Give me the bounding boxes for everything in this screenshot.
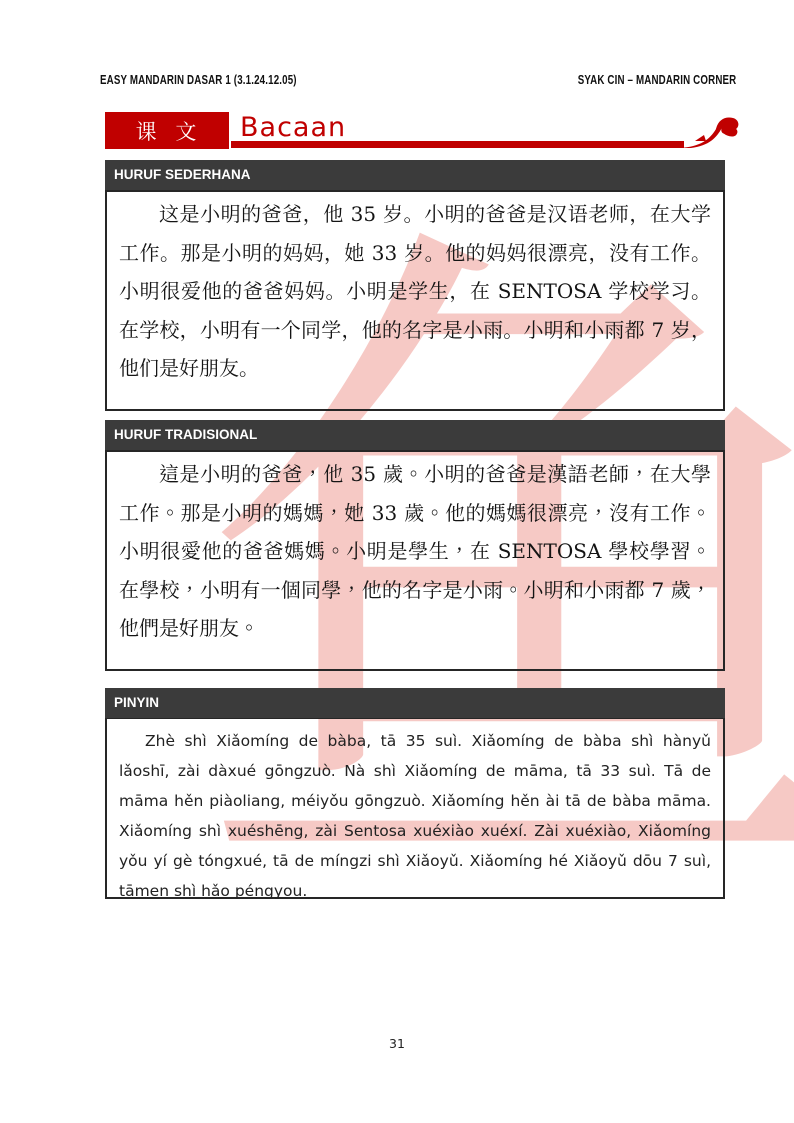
section-box-pinyin: Zhè shì Xiǎomíng de bàba, tā 35 suì. Xiǎ… [105,717,725,899]
section-box-huruf-sederhana: 这是小明的爸爸，他 35 岁。小明的爸爸是汉语老师，在大学工作。那是小明的妈妈，… [105,190,725,411]
simplified-text: 这是小明的爸爸，他 35 岁。小明的爸爸是汉语老师，在大学工作。那是小明的妈妈，… [107,192,723,388]
pinyin-text: Zhè shì Xiǎomíng de bàba, tā 35 suì. Xiǎ… [107,719,723,906]
fish-swoosh-icon [229,108,741,152]
section-heading-huruf-sederhana: HURUF SEDERHANA [105,160,725,190]
section-heading-huruf-tradisional: HURUF TRADISIONAL [105,420,725,450]
page-header: EASY MANDARIN DASAR 1 (3.1.24.12.05) SYA… [100,73,736,87]
traditional-text: 這是小明的爸爸，他 35 歲。小明的爸爸是漢語老師，在大學工作。那是小明的媽媽，… [107,452,723,648]
header-left-title: EASY MANDARIN DASAR 1 (3.1.24.12.05) [100,73,297,87]
lesson-badge: 课 文 [105,112,229,149]
section-box-huruf-tradisional: 這是小明的爸爸，他 35 歲。小明的爸爸是漢語老師，在大學工作。那是小明的媽媽，… [105,450,725,671]
header-right-title: SYAK CIN – MANDARIN CORNER [577,73,736,87]
section-heading-pinyin: PINYIN [105,688,725,718]
page-number: 31 [0,1036,794,1051]
